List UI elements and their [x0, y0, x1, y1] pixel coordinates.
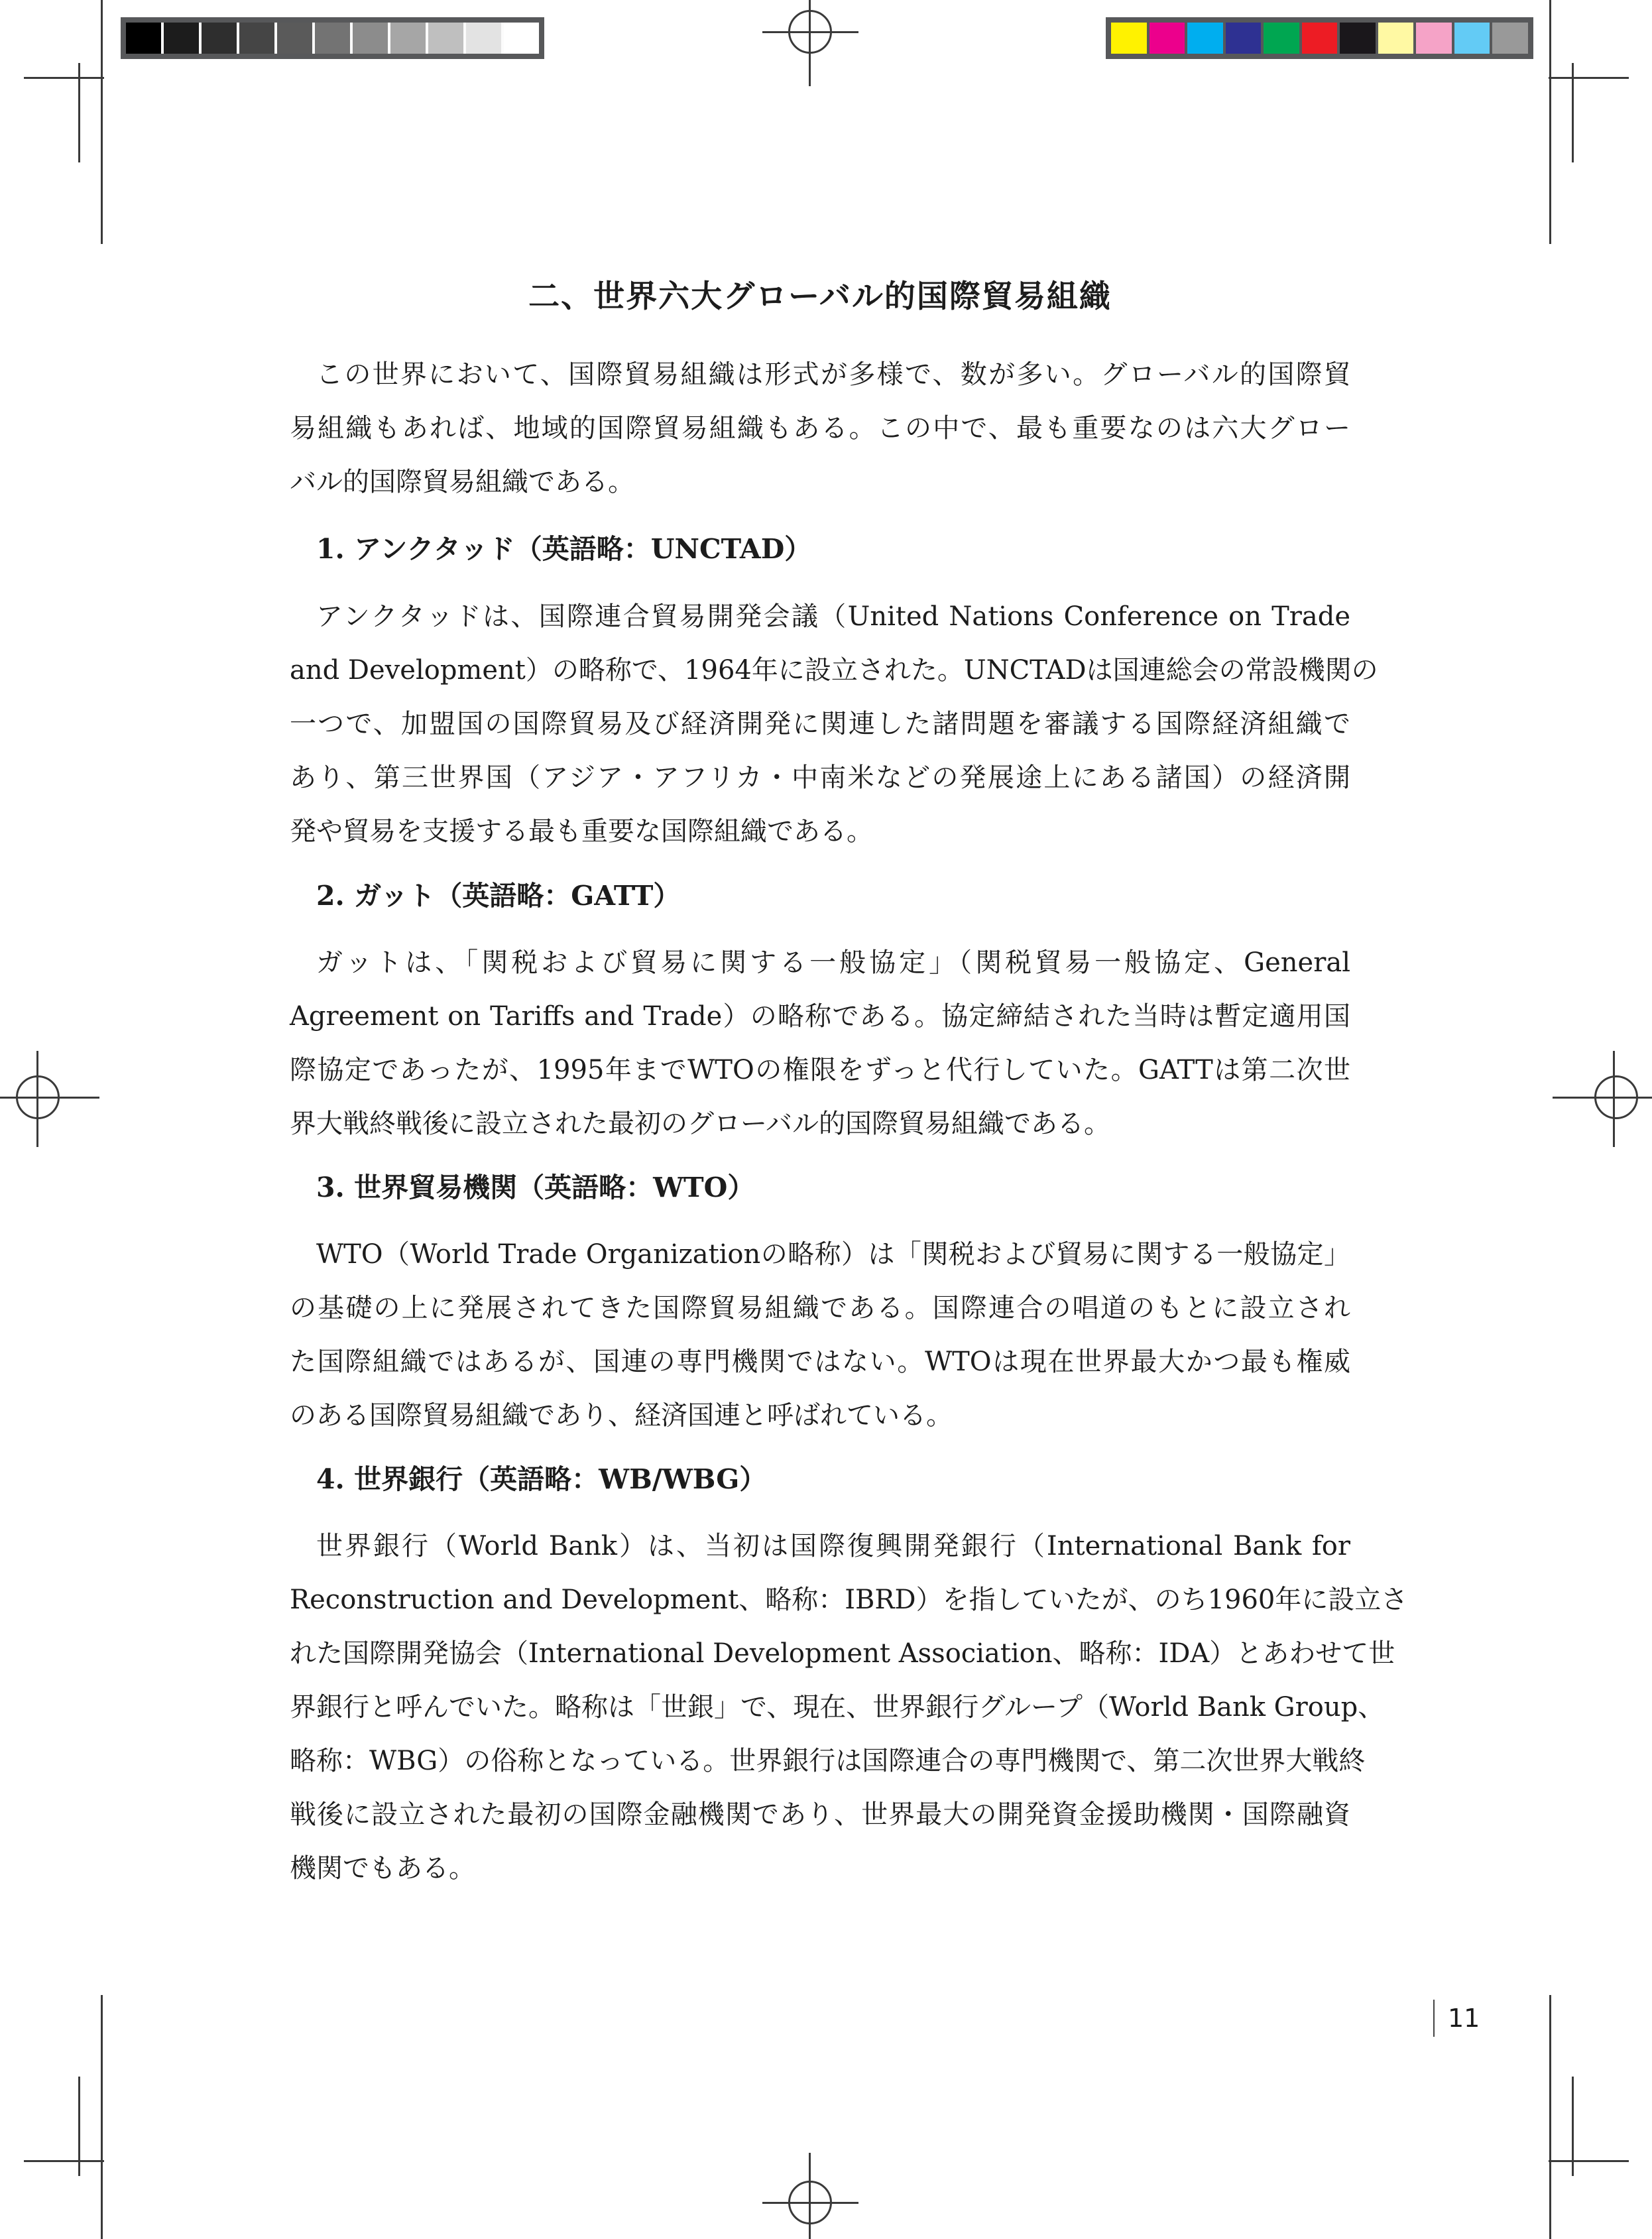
text-line: 機関でもある。	[290, 1842, 1350, 1896]
text-line: 世界銀行（World Bank）は、当初は国際復興開発銀行（Internatio…	[290, 1520, 1350, 1573]
text-line: 一つで、加盟国の国際貿易及び経済開発に関連した諸問題を審議する国際経済組織で	[290, 697, 1350, 751]
text-line: の基礎の上に発展されてきた国際貿易組織である。国際連合の唱道のもとに設立され	[290, 1282, 1350, 1335]
text-line: ガットは、「関税および貿易に関する一般協定」（関税貿易一般協定、General	[290, 936, 1350, 990]
crop-mark-top-right-horizontal	[1549, 77, 1629, 79]
color-swatch	[1454, 23, 1490, 54]
registration-target-right-vline	[1613, 1051, 1615, 1147]
text-line: 界大戦終戦後に設立された最初のグローバル的国際貿易組織である。	[290, 1097, 1350, 1151]
color-swatch	[202, 23, 237, 54]
crop-mark-top-left-horizontal	[24, 77, 104, 79]
document-page: 二、世界六大グローバル的国際貿易組織 この世界において、国際貿易組織は形式が多様…	[0, 0, 1652, 2239]
text-line: 易組織もあれば、地域的国際貿易組織もある。この中で、最も重要なのは六大グロー	[290, 402, 1350, 455]
text-column: 二、世界六大グローバル的国際貿易組織 この世界において、国際貿易組織は形式が多様…	[290, 0, 1350, 2239]
text-line: WTO（World Trade Organizationの略称）は「関税および貿…	[290, 1228, 1350, 1282]
page-number-value: 11	[1448, 2004, 1480, 2033]
color-swatch	[1492, 23, 1528, 54]
section-paragraph-unctad: アンクタッドは、国際連合貿易開発会議（United Nations Confer…	[290, 590, 1350, 859]
section-heading-wto: 3. 世界貿易機関（英語略：WTO）	[290, 1166, 1350, 1205]
crop-mark-bottom-right-horizontal	[1549, 2160, 1629, 2162]
section-paragraph-world-bank: 世界銀行（World Bank）は、当初は国際復興開発銀行（Internatio…	[290, 1520, 1350, 1896]
color-swatch	[1416, 23, 1452, 54]
page-title: 二、世界六大グローバル的国際貿易組織	[290, 272, 1350, 316]
crop-mark-bottom-left-vertical	[101, 1995, 103, 2239]
text-line: 戦後に設立された最初の国際金融機関であり、世界最大の開発資金援助機関・国際融資	[290, 1788, 1350, 1842]
section-heading-world-bank: 4. 世界銀行（英語略：WB/WBG）	[290, 1457, 1350, 1496]
text-line: れた国際開発協会（International Development Assoc…	[290, 1627, 1350, 1681]
text-line: 発や貿易を支援する最も重要な国際組織である。	[290, 805, 1350, 859]
text-line: 略称：WBG）の俗称となっている。世界銀行は国際連合の専門機関で、第二次世界大戦…	[290, 1734, 1350, 1788]
text-line: バル的国際貿易組織である。	[290, 455, 1350, 509]
section-heading-unctad: 1. アンクタッド（英語略：UNCTAD）	[290, 527, 1350, 566]
color-swatch	[164, 23, 199, 54]
color-swatch	[1378, 23, 1414, 54]
text-line: た国際組織ではあるが、国連の専門機関ではない。WTOは現在世界最大かつ最も権威	[290, 1335, 1350, 1389]
page-number: 11	[1433, 2000, 1480, 2037]
intro-paragraph: この世界において、国際貿易組織は形式が多様で、数が多い。グローバル的国際貿易組織…	[290, 348, 1350, 509]
text-line: and Development）の略称で、1964年に設立された。UNCTADは…	[290, 644, 1350, 697]
section-heading-gatt: 2. ガット（英語略：GATT）	[290, 874, 1350, 913]
crop-mark-top-left-vertical	[101, 0, 103, 244]
registration-target-left-vline	[36, 1051, 38, 1147]
text-line: 界銀行と呼んでいた。略称は「世銀」で、現在、世界銀行グループ（World Ban…	[290, 1681, 1350, 1734]
text-line: Reconstruction and Development、略称：IBRD）を…	[290, 1573, 1350, 1627]
section-paragraph-wto: WTO（World Trade Organizationの略称）は「関税および貿…	[290, 1228, 1350, 1443]
registration-target-right-hline	[1553, 1097, 1652, 1099]
crop-mark-top-right-vertical	[1549, 0, 1551, 244]
text-line: Agreement on Tariffs and Trade）の略称である。協定…	[290, 990, 1350, 1044]
text-line: のある国際貿易組織であり、経済国連と呼ばれている。	[290, 1389, 1350, 1443]
registration-target-left-hline	[0, 1097, 99, 1099]
crop-mark-bottom-left-horizontal	[24, 2160, 104, 2162]
text-line: アンクタッドは、国際連合貿易開発会議（United Nations Confer…	[290, 590, 1350, 644]
color-swatch	[126, 23, 161, 54]
section-paragraph-gatt: ガットは、「関税および貿易に関する一般協定」（関税貿易一般協定、GeneralA…	[290, 936, 1350, 1151]
color-swatch	[239, 23, 274, 54]
text-line: 際協定であったが、1995年までWTOの権限をずっと代行していた。GATTは第二…	[290, 1044, 1350, 1097]
text-line: この世界において、国際貿易組織は形式が多様で、数が多い。グローバル的国際貿	[290, 348, 1350, 402]
crop-mark-bottom-right-vertical	[1549, 1995, 1551, 2239]
text-line: あり、第三世界国（アジア・アフリカ・中南米などの発展途上にある諸国）の経済開	[290, 751, 1350, 805]
